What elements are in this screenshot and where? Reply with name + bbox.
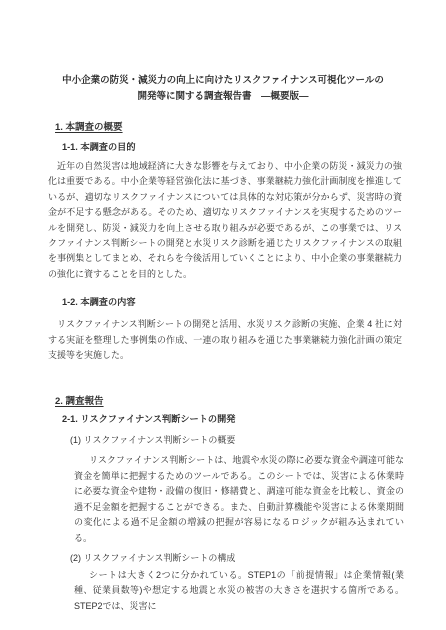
document-title-line2: 開発等に関する調査報告書 ―概要版― [0, 89, 446, 105]
section1-1-paragraph: 近年の自然災害は地域経済に大きな影響を与えており、中小企業の防災・減災力の強化は… [48, 159, 402, 282]
section1-2-heading: 1-2. 本調査の内容 [62, 296, 402, 309]
section1-2-paragraph: リスクファイナンス判断シートの開発と活用、水災リスク診断の実施、企業 4 社に対… [48, 317, 402, 363]
section1-heading: 1. 本調査の概要 [55, 121, 402, 134]
section1-1-heading: 1-1. 本調査の目的 [62, 141, 402, 154]
document-page: 中小企業の防災・減災力の向上に向けたリスクファイナンス可視化ツールの 開発等に関… [0, 0, 446, 630]
section2-1-item2-paragraph: シートは大きく2つに分かれている。STEP1の「前提情報」は企業情報(業種、従業… [74, 568, 404, 614]
section2-1-item2-heading: (2) リスクファイナンス判断シートの構成 [70, 552, 402, 565]
section2-1-heading: 2-1. リスクファイナンス判断シートの開発 [62, 413, 402, 426]
section2-heading: 2. 調査報告 [55, 395, 402, 408]
section2-1-item1-heading: (1) リスクファイナンス判断シートの概要 [70, 434, 402, 447]
document-title-line1: 中小企業の防災・減災力の向上に向けたリスクファイナンス可視化ツールの [0, 73, 446, 89]
section2-1-item1-paragraph: リスクファイナンス判断シートは、地震や水災の際に必要な資金や調達可能な資金を簡単… [74, 453, 404, 545]
document-title: 中小企業の防災・減災力の向上に向けたリスクファイナンス可視化ツールの 開発等に関… [0, 0, 446, 105]
